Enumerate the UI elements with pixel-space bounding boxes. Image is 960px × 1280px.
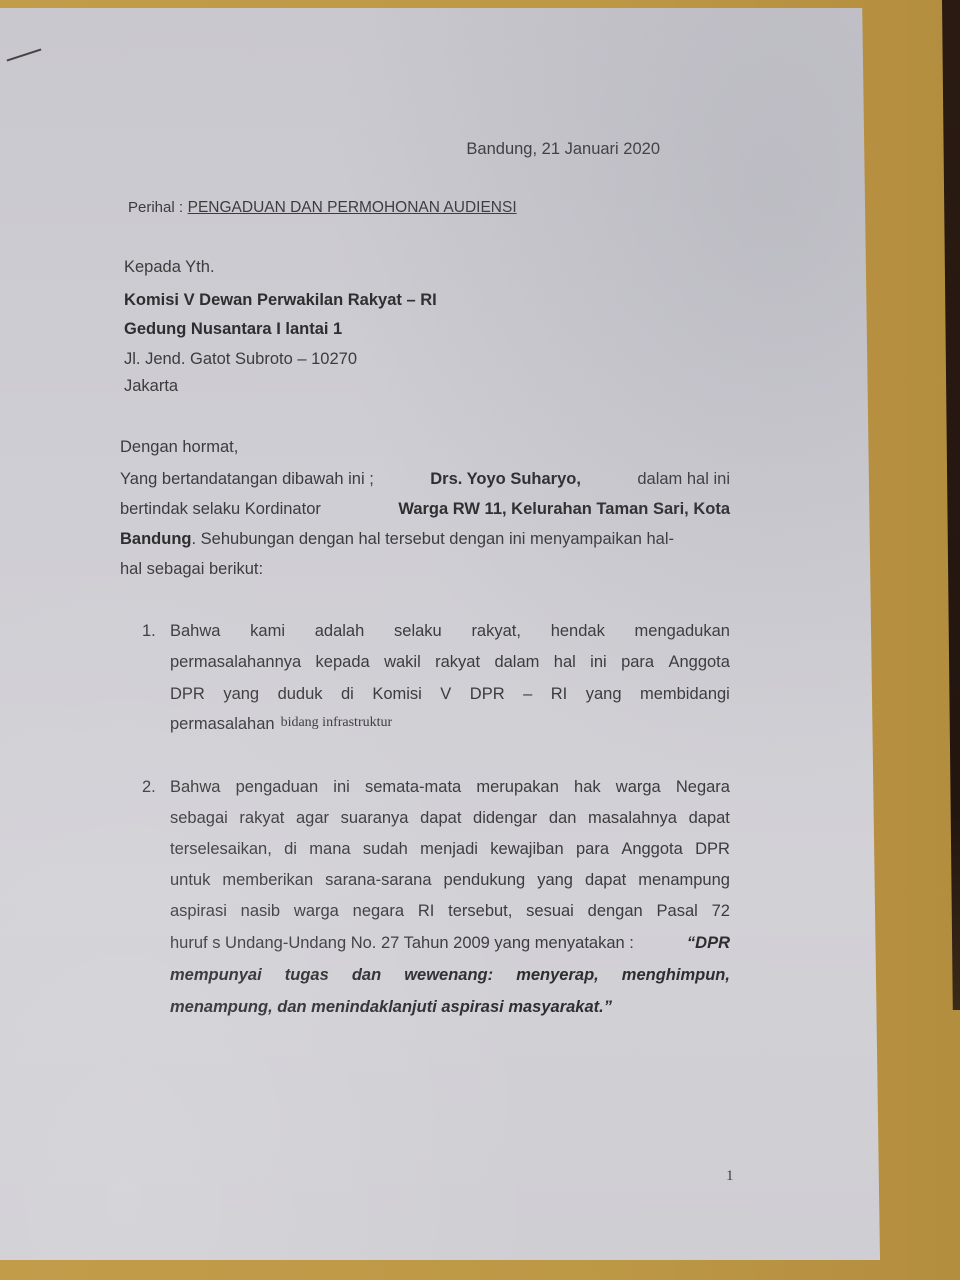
letter-date: Bandung, 21 Januari 2020 — [466, 141, 660, 158]
point-text: permasalahan — [170, 715, 275, 734]
point-line: permasalahannyakepadawakilrakyatdalamhal… — [170, 653, 730, 672]
quote-line-last: menampung, dan menindaklanjuti aspirasi … — [170, 998, 730, 1017]
quote-start: “DPR — [687, 934, 730, 953]
point-line-last: permasalahan bidang infrastruktur — [170, 715, 730, 734]
subject-label: Perihal : — [128, 199, 183, 216]
intro-text: bertindak selaku Kordinator — [120, 501, 321, 518]
intro-text: Yang bertandatangan dibawah ini ; — [120, 471, 374, 488]
recipient-salutation: Kepada Yth. — [124, 259, 215, 276]
recipient-building: Gedung Nusantara I lantai 1 — [124, 321, 342, 338]
point-line: terselesaikan,dimanasudahmenjadikewajiba… — [170, 840, 730, 859]
intro-line-4: hal sebagai berikut: — [120, 561, 730, 578]
point-text: huruf s Undang-Undang No. 27 Tahun 2009 … — [170, 934, 634, 953]
organization-city: Bandung — [120, 530, 192, 548]
point-line: huruf s Undang-Undang No. 27 Tahun 2009 … — [170, 934, 730, 953]
point-line: aspirasinasibwarganegaraRItersebut,sesua… — [170, 902, 730, 921]
handwritten-insert: bidang infrastruktur — [281, 715, 393, 734]
recipient-city: Jakarta — [124, 378, 178, 395]
letter-page: Bandung, 21 Januari 2020 Perihal : PENGA… — [0, 8, 880, 1260]
recipient-name: Komisi V Dewan Perwakilan Rakyat – RI — [124, 292, 437, 309]
page-number: 1 — [726, 1168, 734, 1185]
greeting: Dengan hormat, — [120, 439, 730, 456]
subject-value: PENGADUAN DAN PERMOHONAN AUDIENSI — [188, 199, 517, 216]
signatory-name: Drs. Yoyo Suharyo, — [430, 471, 581, 488]
letter-subject: Perihal : PENGADUAN DAN PERMOHONAN AUDIE… — [128, 199, 517, 216]
intro-line-2: bertindak selaku Kordinator Warga RW 11,… — [120, 501, 730, 518]
intro-line-3: Bandung. Sehubungan dengan hal tersebut … — [120, 531, 730, 548]
quote-line: mempunyaitugasdanwewenang:menyerap,mengh… — [170, 966, 730, 985]
point-line: Bahwakamiadalahselakurakyat,hendakmengad… — [170, 622, 730, 641]
recipient-street: Jl. Jend. Gatot Subroto – 10270 — [124, 351, 357, 368]
pen-mark — [7, 48, 42, 61]
point-line: sebagairakyatagarsuaranyadapatdidengarda… — [170, 809, 730, 828]
point-line: untukmemberikansarana-saranapendukungyan… — [170, 871, 730, 890]
organization: Warga RW 11, Kelurahan Taman Sari, Kota — [398, 501, 730, 518]
point-line: Bahwapengaduaninisemata-matamerupakanhak… — [170, 778, 730, 797]
point-line: DPRyangdudukdiKomisiVDPR–RIyangmembidang… — [170, 685, 730, 704]
intro-text: . Sehubungan dengan hal tersebut dengan … — [192, 530, 675, 548]
intro-text: dalam hal ini — [637, 471, 730, 488]
intro-line-1: Yang bertandatangan dibawah ini ; Drs. Y… — [120, 471, 730, 488]
point-number: 2. — [142, 778, 156, 797]
point-number: 1. — [142, 622, 156, 641]
